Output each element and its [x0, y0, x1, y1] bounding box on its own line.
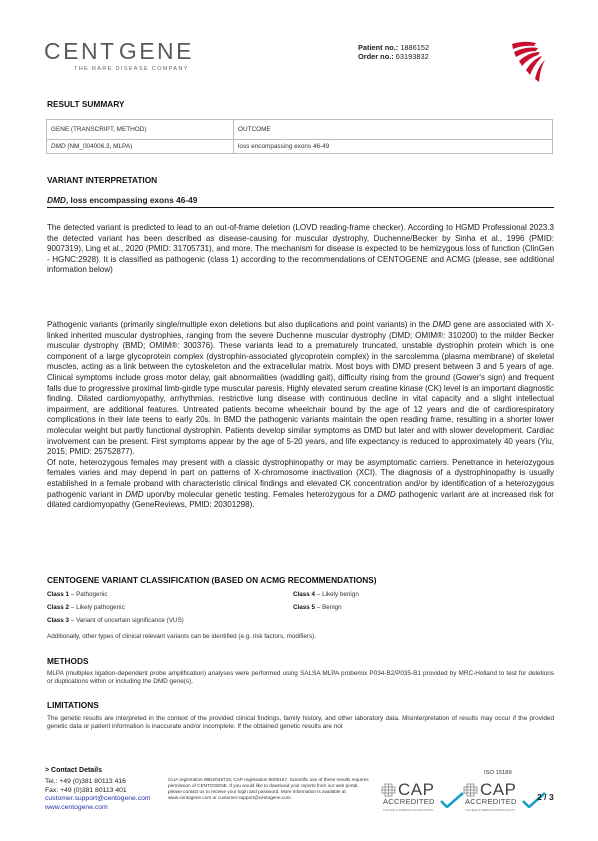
logo-text-right: GENE — [119, 40, 194, 63]
table-row: DMD (NM_004006.3, MLPA) loss encompassin… — [47, 140, 553, 154]
cap-iso-accredited-badge: CAP ACCREDITED COLLEGE of AMERICAN PATHO… — [462, 780, 548, 818]
gene-italic: DMD — [433, 320, 451, 329]
iso-label: ISO 15189 — [484, 770, 512, 776]
cap-college-text: COLLEGE of AMERICAN PATHOLOGISTS — [383, 809, 433, 812]
interpretation-paragraph-2: Pathogenic variants (primarily single/mu… — [47, 320, 554, 511]
class-4: Class 4 – Likely benign — [293, 591, 359, 598]
text-span: Pathogenic variants (primarily single/mu… — [47, 320, 433, 329]
contact-details: Tel.: +49 (0)381 80113 416 Fax: +49 (0)3… — [45, 778, 151, 812]
class-desc: – Pathogenic — [69, 591, 108, 598]
centogene-logo: CENT GENE THE RARE DISEASE COMPANY — [44, 40, 194, 72]
result-summary-table: GENE (TRANSCRIPT, METHOD) OUTCOME DMD (N… — [46, 119, 553, 154]
contact-details-heading: > Contact Details — [45, 767, 102, 774]
class-3: Class 3 – Variant of uncertain significa… — [47, 617, 184, 624]
class-label: Class 4 — [293, 591, 315, 598]
page-number: 2 / 3 — [537, 792, 554, 802]
logo-tagline: THE RARE DISEASE COMPANY — [74, 66, 194, 72]
brand-fan-icon — [510, 40, 556, 86]
classification-note: Additionally, other types of clinical re… — [47, 633, 316, 640]
column-header-gene: GENE (TRANSCRIPT, METHOD) — [47, 120, 234, 140]
class-label: Class 5 — [293, 604, 315, 611]
class-label: Class 1 — [47, 591, 69, 598]
checkmark-icon — [440, 792, 464, 808]
patient-number: 1886152 — [400, 43, 429, 52]
fax-number: Fax: +49 (0)381 80113 401 — [45, 787, 151, 796]
order-label: Order no.: — [358, 52, 394, 61]
phone-number: Tel.: +49 (0)381 80113 416 — [45, 778, 151, 787]
cap-emblem-icon — [381, 783, 396, 797]
class-2: Class 2 – Likely pathogenic — [47, 604, 125, 611]
class-1: Class 1 – Pathogenic — [47, 591, 108, 598]
gene-symbol: DMD — [51, 143, 66, 150]
outcome-cell: loss encompassing exons 46-49 — [234, 140, 553, 154]
patient-order-info: Patient no.: 1886152 Order no.: 63193832 — [358, 43, 429, 61]
logo-text-left: CENT — [44, 40, 117, 63]
cap-accredited-text: ACCREDITED — [465, 797, 517, 806]
footer-disclaimer: CLIA registration 99D2049715; CAP regist… — [168, 777, 373, 801]
cap-accredited-text: ACCREDITED — [383, 797, 435, 806]
class-label: Class 3 — [47, 617, 69, 624]
variant-description: , loss encompassing exons 46-49 — [66, 195, 197, 205]
class-desc: – Variant of uncertain significance (VUS… — [69, 617, 184, 624]
cap-accredited-badge: CAP ACCREDITED COLLEGE of AMERICAN PATHO… — [380, 780, 466, 818]
patient-label: Patient no.: — [358, 43, 398, 52]
variant-gene: DMD — [47, 195, 66, 205]
classification-heading: CENTOGENE VARIANT CLASSIFICATION (BASED … — [47, 575, 377, 585]
gene-italic: DMD — [377, 490, 395, 499]
website-link[interactable]: www.centogene.com — [45, 804, 151, 813]
variant-subheading: DMD, loss encompassing exons 46-49 — [47, 195, 554, 208]
table-header-row: GENE (TRANSCRIPT, METHOD) OUTCOME — [47, 120, 553, 140]
cap-emblem-icon — [463, 783, 478, 797]
gene-cell: DMD (NM_004006.3, MLPA) — [47, 140, 234, 154]
cap-college-text: COLLEGE of AMERICAN PATHOLOGISTS — [465, 809, 515, 812]
class-desc: – Likely benign — [315, 591, 359, 598]
methods-heading: METHODS — [47, 656, 89, 666]
text-span: upon/by molecular genetic testing. Femal… — [144, 490, 378, 499]
gene-italic: DMD — [125, 490, 143, 499]
class-desc: – Benign — [315, 604, 342, 611]
limitations-heading: LIMITATIONS — [47, 700, 99, 710]
class-5: Class 5 – Benign — [293, 604, 342, 611]
class-desc: – Likely pathogenic — [69, 604, 125, 611]
text-span: gene are associated with X-linked inheri… — [47, 320, 554, 456]
limitations-text: The genetic results are interpreted in t… — [47, 715, 554, 732]
result-summary-heading: RESULT SUMMARY — [47, 99, 124, 109]
variant-interpretation-heading: VARIANT INTERPRETATION — [47, 175, 157, 185]
class-label: Class 2 — [47, 604, 69, 611]
interpretation-paragraph-1: The detected variant is predicted to lea… — [47, 223, 554, 276]
support-email-link[interactable]: customer.support@centogene.com — [45, 795, 151, 804]
gene-detail: (NM_004006.3, MLPA) — [66, 143, 133, 150]
methods-text: MLPA (multiplex ligation-dependent probe… — [47, 670, 554, 687]
order-number: 63193832 — [396, 52, 429, 61]
column-header-outcome: OUTCOME — [234, 120, 553, 140]
